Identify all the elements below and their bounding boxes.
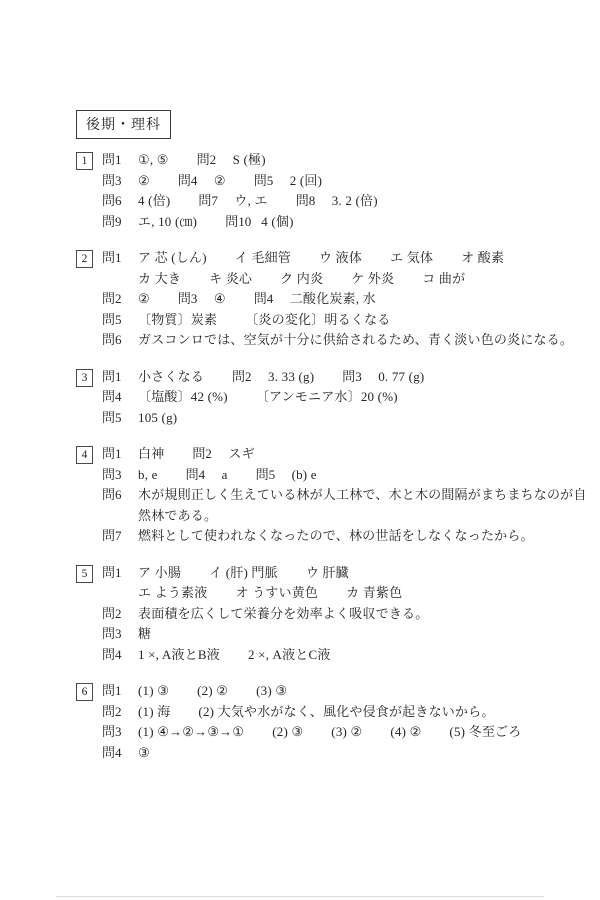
answer-item: (2) ③ xyxy=(272,724,303,739)
answer-row: 問5105 (g) xyxy=(102,408,596,429)
answer-text: イ 毛細管 xyxy=(235,250,291,265)
question-label: 問5 xyxy=(102,310,136,331)
question-label: 問4 xyxy=(178,171,212,192)
answer-text: 〔塩酸〕42 (%) xyxy=(138,389,228,404)
answer-item: 問4② xyxy=(178,173,226,188)
answer-text: ③ xyxy=(138,745,150,760)
answer-text: 3. 33 (g) xyxy=(268,369,314,384)
answer-item: ケ 外炎 xyxy=(351,271,394,286)
answer-section: 2問1ア 芯 (しん)イ 毛細管ウ 液体エ 気体オ 酸素カ 大きキ 炎心ク 内炎… xyxy=(76,248,596,351)
question-label: 問1 xyxy=(102,681,136,702)
answer-text: エ 気体 xyxy=(390,250,433,265)
answer-item: イ (肝) 門脈 xyxy=(209,565,278,580)
answer-row: カ 大きキ 炎心ク 内炎ケ 外炎コ 曲が xyxy=(102,269,596,290)
answer-item: エ よう素液 xyxy=(102,585,207,600)
answer-text: (b) e xyxy=(292,467,317,482)
answer-item: 問7ウ, エ xyxy=(198,193,267,208)
question-label: 問2 xyxy=(197,150,231,171)
question-label: 問7 xyxy=(102,526,136,547)
answer-text: 二酸化炭素, 水 xyxy=(290,291,376,306)
answer-text: (4) ② xyxy=(390,724,421,739)
answer-text: 〔炎の変化〕明るくなる xyxy=(245,312,390,327)
question-label: 問1 xyxy=(102,563,136,584)
section-rows: 問1①, ⑤問2S (極)問3②問4②問52 (回)問64 (倍)問7ウ, エ問… xyxy=(102,150,596,232)
answer-row: 問7燃料として使われなくなったので、林の世話をしなくなったから。 xyxy=(102,526,596,547)
answer-item: 然林である。 xyxy=(102,508,217,523)
answer-row: 問3b, e問4a問5(b) e xyxy=(102,465,596,486)
answer-text: ④ xyxy=(214,291,226,306)
answer-item: カ 青紫色 xyxy=(346,585,402,600)
section-number-box: 6 xyxy=(76,683,93,701)
answer-item: 問5105 (g) xyxy=(102,410,177,425)
answer-text: ケ 外炎 xyxy=(351,271,394,286)
question-label: 問2 xyxy=(232,367,266,388)
answer-section: 1問1①, ⑤問2S (極)問3②問4②問52 (回)問64 (倍)問7ウ, エ… xyxy=(76,150,596,232)
answer-item: 問1ア 芯 (しん) xyxy=(102,250,207,265)
section-number-box: 1 xyxy=(76,152,93,170)
answer-text: 2 (回) xyxy=(290,173,322,188)
scan-bottom-edge xyxy=(56,896,544,897)
answer-item: (5) 冬至ごろ xyxy=(449,724,521,739)
question-label: 問1 xyxy=(102,150,136,171)
answer-item: 問3b, e xyxy=(102,467,158,482)
answer-row: 問6木が規則正しく生えている林が人工林で、木と木の間隔がまちまちなのが自 xyxy=(102,485,596,506)
answer-item: 問23. 33 (g) xyxy=(232,369,314,384)
question-label: 問1 xyxy=(102,444,136,465)
answer-item: 問1(1) ③ xyxy=(102,683,169,698)
answer-text: ウ 液体 xyxy=(319,250,362,265)
answer-text: コ 曲が xyxy=(422,271,465,286)
question-label: 問3 xyxy=(102,624,136,645)
answer-text: 表面積を広くして栄養分を効率よく吸収できる。 xyxy=(138,606,428,621)
answer-item: 〔アンモニア水〕20 (%) xyxy=(256,389,398,404)
answer-text: オ うすい黄色 xyxy=(235,585,318,600)
question-label: 問3 xyxy=(102,465,136,486)
section-rows: 問1ア 芯 (しん)イ 毛細管ウ 液体エ 気体オ 酸素カ 大きキ 炎心ク 内炎ケ… xyxy=(102,248,596,351)
question-label: 問5 xyxy=(254,171,288,192)
answer-text: 小さくなる xyxy=(138,369,204,384)
answer-row: 問4〔塩酸〕42 (%)〔アンモニア水〕20 (%) xyxy=(102,387,596,408)
answer-section: 6問1(1) ③(2) ②(3) ③問2(1) 海(2) 大気や水がなく、風化や… xyxy=(76,681,596,763)
answer-text: キ 炎心 xyxy=(209,271,252,286)
question-label: 問2 xyxy=(102,604,136,625)
question-label: 問7 xyxy=(198,191,232,212)
answer-row: 問2(1) 海(2) 大気や水がなく、風化や侵食が起きないから。 xyxy=(102,702,596,723)
question-label: 問5 xyxy=(256,465,290,486)
section-number-box: 4 xyxy=(76,446,93,464)
question-label: 問1 xyxy=(102,367,136,388)
question-label: 問3 xyxy=(178,289,212,310)
question-label: 問3 xyxy=(342,367,376,388)
answer-item: 問4〔塩酸〕42 (%) xyxy=(102,389,228,404)
question-label: 問6 xyxy=(102,330,136,351)
answer-row: 然林である。 xyxy=(102,506,596,527)
answer-text: スギ xyxy=(228,446,254,461)
answer-item: 問64 (倍) xyxy=(102,193,170,208)
answer-text: 1 ×, A液とB液 xyxy=(138,647,220,662)
answer-item: カ 大き xyxy=(102,271,181,286)
answer-item: 問6木が規則正しく生えている林が人工林で、木と木の間隔がまちまちなのが自 xyxy=(102,487,587,502)
answer-text: 2 ×, A液とC液 xyxy=(248,647,331,662)
question-label: 問4 xyxy=(102,743,136,764)
answer-item: 問2(1) 海 xyxy=(102,704,170,719)
answer-text: エ, 10 (㎝) xyxy=(138,214,197,229)
question-label: 問1 xyxy=(102,248,136,269)
answer-text: 3. 2 (倍) xyxy=(332,193,378,208)
answer-item: (3) ② xyxy=(331,724,362,739)
answer-text: (2) ② xyxy=(197,683,228,698)
answer-row: 問2表面積を広くして栄養分を効率よく吸収できる。 xyxy=(102,604,596,625)
answer-section: 5問1ア 小腸イ (肝) 門脈ウ 肝臓エ よう素液オ うすい黄色カ 青紫色問2表… xyxy=(76,563,596,666)
question-label: 問2 xyxy=(192,444,226,465)
section-rows: 問1小さくなる問23. 33 (g)問30. 77 (g)問4〔塩酸〕42 (%… xyxy=(102,367,596,429)
answer-item: 問4a xyxy=(186,467,228,482)
answer-item: オ 酸素 xyxy=(461,250,504,265)
answer-text: (2) ③ xyxy=(272,724,303,739)
answer-item: 問3(1) ④→②→③→① xyxy=(102,724,244,739)
answer-item: 問6ガスコンロでは、空気が十分に供給されるため、青く淡い色の炎になる。 xyxy=(102,332,573,347)
answer-row: 問9エ, 10 (㎝)問104 (個) xyxy=(102,212,596,233)
answer-text: 4 (個) xyxy=(261,214,293,229)
answer-sections: 1問1①, ⑤問2S (極)問3②問4②問52 (回)問64 (倍)問7ウ, エ… xyxy=(76,150,596,779)
question-label: 問6 xyxy=(102,191,136,212)
answer-text: 白神 xyxy=(138,446,164,461)
answer-text: (1) ④→②→③→① xyxy=(138,724,244,739)
answer-text: 然林である。 xyxy=(138,508,217,523)
document-page: 後期・理科 1問1①, ⑤問2S (極)問3②問4②問52 (回)問64 (倍)… xyxy=(0,0,600,900)
answer-item: 問52 (回) xyxy=(254,173,322,188)
answer-row: 問3糖 xyxy=(102,624,596,645)
answer-text: ガスコンロでは、空気が十分に供給されるため、青く淡い色の炎になる。 xyxy=(138,332,573,347)
answer-item: 問5(b) e xyxy=(256,467,317,482)
answer-text: カ 青紫色 xyxy=(346,585,402,600)
answer-row: 問1(1) ③(2) ②(3) ③ xyxy=(102,681,596,702)
answer-item: 問4二酸化炭素, 水 xyxy=(254,291,376,306)
answer-row: 問1ア 芯 (しん)イ 毛細管ウ 液体エ 気体オ 酸素 xyxy=(102,248,596,269)
answer-row: 問1①, ⑤問2S (極) xyxy=(102,150,596,171)
answer-row: エ よう素液オ うすい黄色カ 青紫色 xyxy=(102,583,596,604)
answer-row: 問1白神問2スギ xyxy=(102,444,596,465)
answer-section: 4問1白神問2スギ問3b, e問4a問5(b) e問6木が規則正しく生えている林… xyxy=(76,444,596,547)
answer-item: 問104 (個) xyxy=(225,214,293,229)
answer-text: 4 (倍) xyxy=(138,193,170,208)
answer-text: a xyxy=(222,467,228,482)
answer-section: 3問1小さくなる問23. 33 (g)問30. 77 (g)問4〔塩酸〕42 (… xyxy=(76,367,596,429)
answer-row: 問64 (倍)問7ウ, エ問83. 2 (倍) xyxy=(102,191,596,212)
answer-text: ア 芯 (しん) xyxy=(138,250,207,265)
answer-text: 糖 xyxy=(138,626,151,641)
answer-row: 問4③ xyxy=(102,743,596,764)
answer-text: ② xyxy=(138,291,150,306)
answer-item: (2) 大気や水がなく、風化や侵食が起きないから。 xyxy=(198,704,494,719)
answer-row: 問41 ×, A液とB液2 ×, A液とC液 xyxy=(102,645,596,666)
answer-item: 問1①, ⑤ xyxy=(102,152,169,167)
answer-item: ク 内炎 xyxy=(280,271,323,286)
answer-item: 問9エ, 10 (㎝) xyxy=(102,214,197,229)
question-label: 問10 xyxy=(225,212,259,233)
question-label: 問4 xyxy=(102,387,136,408)
question-label: 問3 xyxy=(102,171,136,192)
answer-item: 問1白神 xyxy=(102,446,164,461)
question-label: 問2 xyxy=(102,289,136,310)
answer-item: イ 毛細管 xyxy=(235,250,291,265)
answer-text: 木が規則正しく生えている林が人工林で、木と木の間隔がまちまちなのが自 xyxy=(138,487,587,502)
answer-item: 問7燃料として使われなくなったので、林の世話をしなくなったから。 xyxy=(102,528,534,543)
question-label: 問6 xyxy=(102,485,136,506)
answer-item: コ 曲が xyxy=(422,271,465,286)
answer-text: (3) ③ xyxy=(256,683,287,698)
answer-text: ウ 肝臓 xyxy=(306,565,349,580)
answer-item: 問2② xyxy=(102,291,150,306)
answer-text: イ (肝) 門脈 xyxy=(209,565,278,580)
answer-text: ①, ⑤ xyxy=(138,152,169,167)
answer-text: 0. 77 (g) xyxy=(378,369,424,384)
answer-text: ア 小腸 xyxy=(138,565,181,580)
question-label: 問8 xyxy=(296,191,330,212)
answer-text: エ よう素液 xyxy=(138,585,207,600)
answer-row: 問1小さくなる問23. 33 (g)問30. 77 (g) xyxy=(102,367,596,388)
answer-item: 問1ア 小腸 xyxy=(102,565,181,580)
question-label: 問4 xyxy=(186,465,220,486)
answer-row: 問2②問3④問4二酸化炭素, 水 xyxy=(102,289,596,310)
question-label: 問2 xyxy=(102,702,136,723)
answer-item: 問3④ xyxy=(178,291,226,306)
answer-row: 問3②問4②問52 (回) xyxy=(102,171,596,192)
answer-item: 問1小さくなる xyxy=(102,369,204,384)
answer-item: 問5〔物質〕炭素 xyxy=(102,312,217,327)
answer-text: (3) ② xyxy=(331,724,362,739)
answer-text: ウ, エ xyxy=(234,193,267,208)
answer-text: (1) 海 xyxy=(138,704,170,719)
section-rows: 問1ア 小腸イ (肝) 門脈ウ 肝臓エ よう素液オ うすい黄色カ 青紫色問2表面… xyxy=(102,563,596,666)
answer-row: 問5〔物質〕炭素〔炎の変化〕明るくなる xyxy=(102,310,596,331)
answer-item: (2) ② xyxy=(197,683,228,698)
answer-item: エ 気体 xyxy=(390,250,433,265)
question-label: 問4 xyxy=(102,645,136,666)
answer-text: ② xyxy=(214,173,226,188)
answer-item: 問4③ xyxy=(102,745,150,760)
section-rows: 問1白神問2スギ問3b, e問4a問5(b) e問6木が規則正しく生えている林が… xyxy=(102,444,596,547)
answer-text: ② xyxy=(138,173,150,188)
answer-item: キ 炎心 xyxy=(209,271,252,286)
page-title: 後期・理科 xyxy=(76,110,171,139)
answer-row: 問3(1) ④→②→③→①(2) ③(3) ②(4) ②(5) 冬至ごろ xyxy=(102,722,596,743)
question-label: 問4 xyxy=(254,289,288,310)
section-number-box: 2 xyxy=(76,250,93,268)
answer-text: 燃料として使われなくなったので、林の世話をしなくなったから。 xyxy=(138,528,534,543)
question-label: 問9 xyxy=(102,212,136,233)
answer-item: (3) ③ xyxy=(256,683,287,698)
answer-item: 問2S (極) xyxy=(197,152,266,167)
section-number-box: 3 xyxy=(76,369,93,387)
answer-text: (1) ③ xyxy=(138,683,169,698)
answer-item: ウ 液体 xyxy=(319,250,362,265)
answer-text: ク 内炎 xyxy=(280,271,323,286)
answer-item: 問2表面積を広くして栄養分を効率よく吸収できる。 xyxy=(102,606,428,621)
answer-row: 問6ガスコンロでは、空気が十分に供給されるため、青く淡い色の炎になる。 xyxy=(102,330,596,351)
answer-text: 〔物質〕炭素 xyxy=(138,312,217,327)
answer-item: 問2スギ xyxy=(192,446,254,461)
answer-item: 問3② xyxy=(102,173,150,188)
answer-item: ウ 肝臓 xyxy=(306,565,349,580)
question-label: 問3 xyxy=(102,722,136,743)
section-number-box: 5 xyxy=(76,565,93,583)
answer-item: 2 ×, A液とC液 xyxy=(248,647,331,662)
answer-row: 問1ア 小腸イ (肝) 門脈ウ 肝臓 xyxy=(102,563,596,584)
section-rows: 問1(1) ③(2) ②(3) ③問2(1) 海(2) 大気や水がなく、風化や侵… xyxy=(102,681,596,763)
question-label: 問5 xyxy=(102,408,136,429)
answer-item: 問41 ×, A液とB液 xyxy=(102,647,220,662)
answer-text: カ 大き xyxy=(138,271,181,286)
answer-text: オ 酸素 xyxy=(461,250,504,265)
answer-item: 〔炎の変化〕明るくなる xyxy=(245,312,390,327)
answer-text: 105 (g) xyxy=(138,410,177,425)
answer-item: 問30. 77 (g) xyxy=(342,369,424,384)
answer-text: S (極) xyxy=(233,152,266,167)
answer-item: 問3糖 xyxy=(102,626,151,641)
answer-item: オ うすい黄色 xyxy=(235,585,318,600)
answer-text: (5) 冬至ごろ xyxy=(449,724,521,739)
answer-text: (2) 大気や水がなく、風化や侵食が起きないから。 xyxy=(198,704,494,719)
answer-text: b, e xyxy=(138,467,158,482)
answer-item: 問83. 2 (倍) xyxy=(296,193,378,208)
answer-item: (4) ② xyxy=(390,724,421,739)
answer-text: 〔アンモニア水〕20 (%) xyxy=(256,389,398,404)
